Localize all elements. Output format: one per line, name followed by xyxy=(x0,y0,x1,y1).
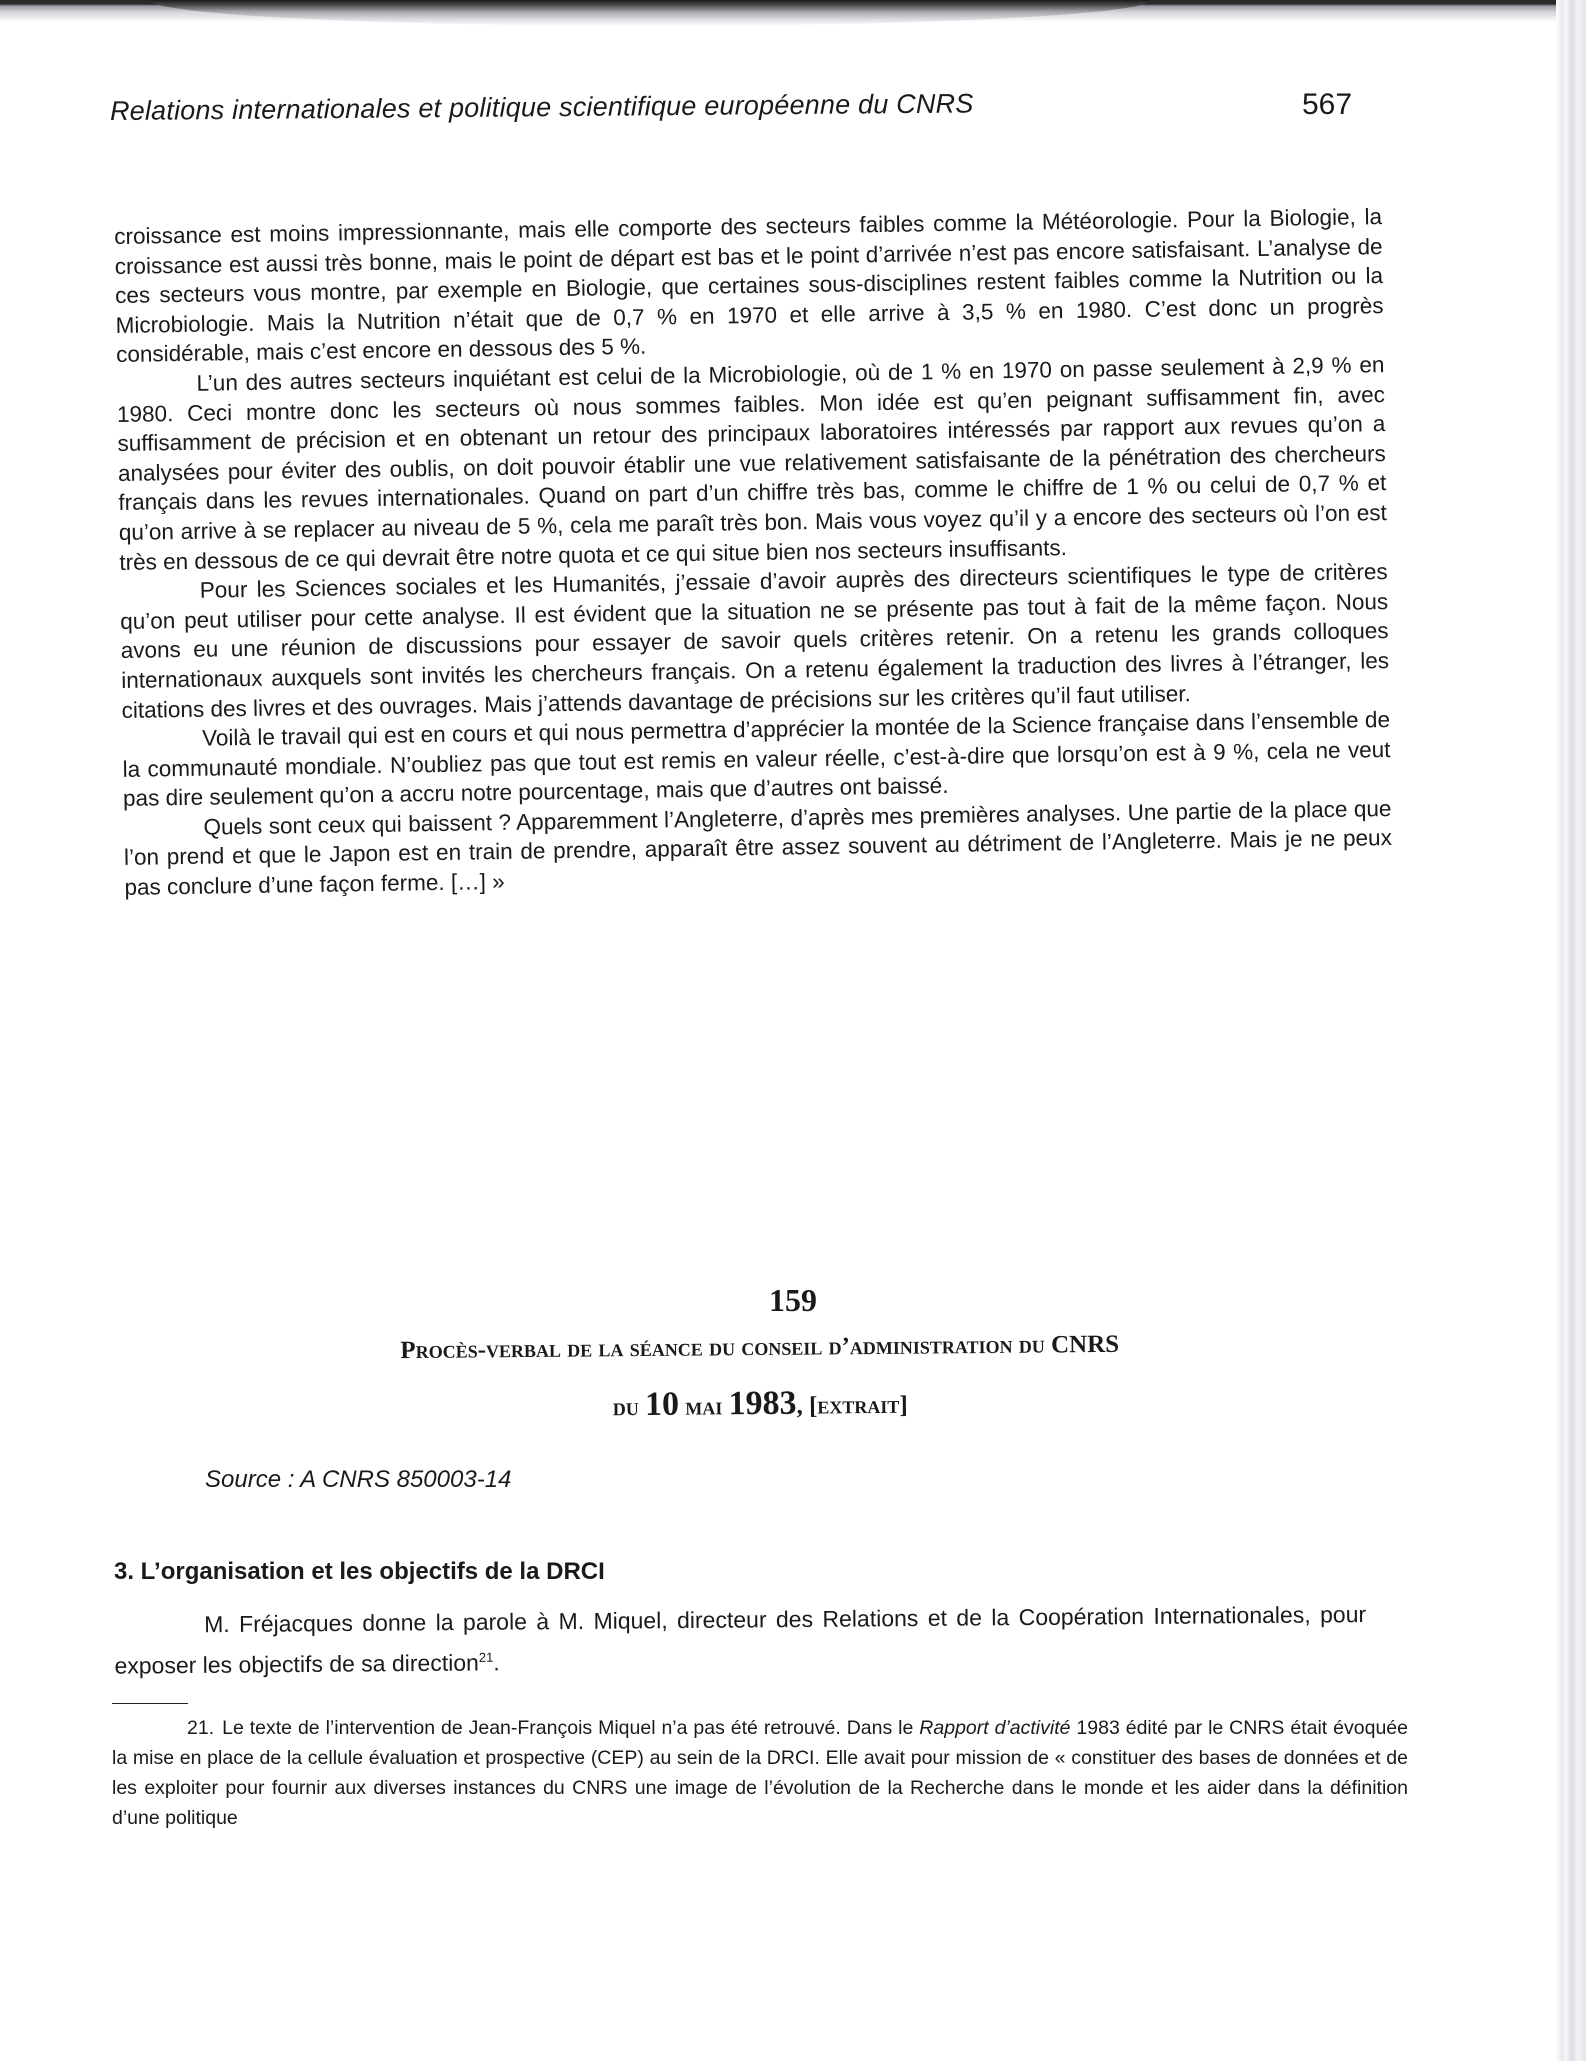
title-suffix: , [extrait] xyxy=(796,1392,907,1420)
body-paragraph: croissance est moins impressionnante, ma… xyxy=(114,202,1384,370)
footnote-text: Le texte de l’intervention de Jean-Franç… xyxy=(222,1717,919,1739)
title-month: mai xyxy=(679,1393,729,1420)
section-paragraph-end: . xyxy=(493,1649,500,1675)
page-number: 567 xyxy=(1302,88,1352,122)
title-year: 1983 xyxy=(728,1385,796,1423)
body-paragraph: L’un des autres secteurs inquiétant est … xyxy=(116,350,1387,577)
footnote-number: 21. xyxy=(187,1717,214,1739)
running-head-title: Relations internationales et politique s… xyxy=(110,85,1390,127)
scan-top-edge xyxy=(0,0,1586,28)
document-title-line-2: du 10 mai 1983, [extrait] xyxy=(190,1371,1330,1440)
title-day: 10 xyxy=(645,1386,679,1423)
footnote: 21.Le texte de l’intervention de Jean-Fr… xyxy=(112,1713,1408,1833)
body-text: croissance est moins impressionnante, ma… xyxy=(114,202,1393,902)
page-curl-shadow xyxy=(150,0,1150,26)
section-paragraph-text: M. Fréjacques donne la parole à M. Mique… xyxy=(114,1601,1366,1679)
scan-right-edge xyxy=(1556,0,1586,2061)
document-number: 159 xyxy=(0,1282,1586,1319)
section-paragraph: M. Fréjacques donne la parole à M. Mique… xyxy=(114,1597,1367,1684)
title-prefix: du xyxy=(613,1394,645,1421)
document-title-line-1: Procès-verbal de la séance du conseil d’… xyxy=(190,1315,1330,1381)
footnote-divider xyxy=(112,1703,188,1704)
source-line: Source : A CNRS 850003-14 xyxy=(205,1466,511,1494)
footnote-reference[interactable]: 21 xyxy=(479,1650,494,1665)
footnote-italic-title: Rapport d’activité xyxy=(919,1717,1070,1739)
section-heading: 3. L’organisation et les objectifs de la… xyxy=(114,1558,605,1586)
body-paragraph: Quels sont ceux qui baissent ? Apparemme… xyxy=(123,794,1392,903)
document-title: Procès-verbal de la séance du conseil d’… xyxy=(190,1315,1331,1440)
body-paragraph: Pour les Sciences sociales et les Humani… xyxy=(120,557,1390,725)
